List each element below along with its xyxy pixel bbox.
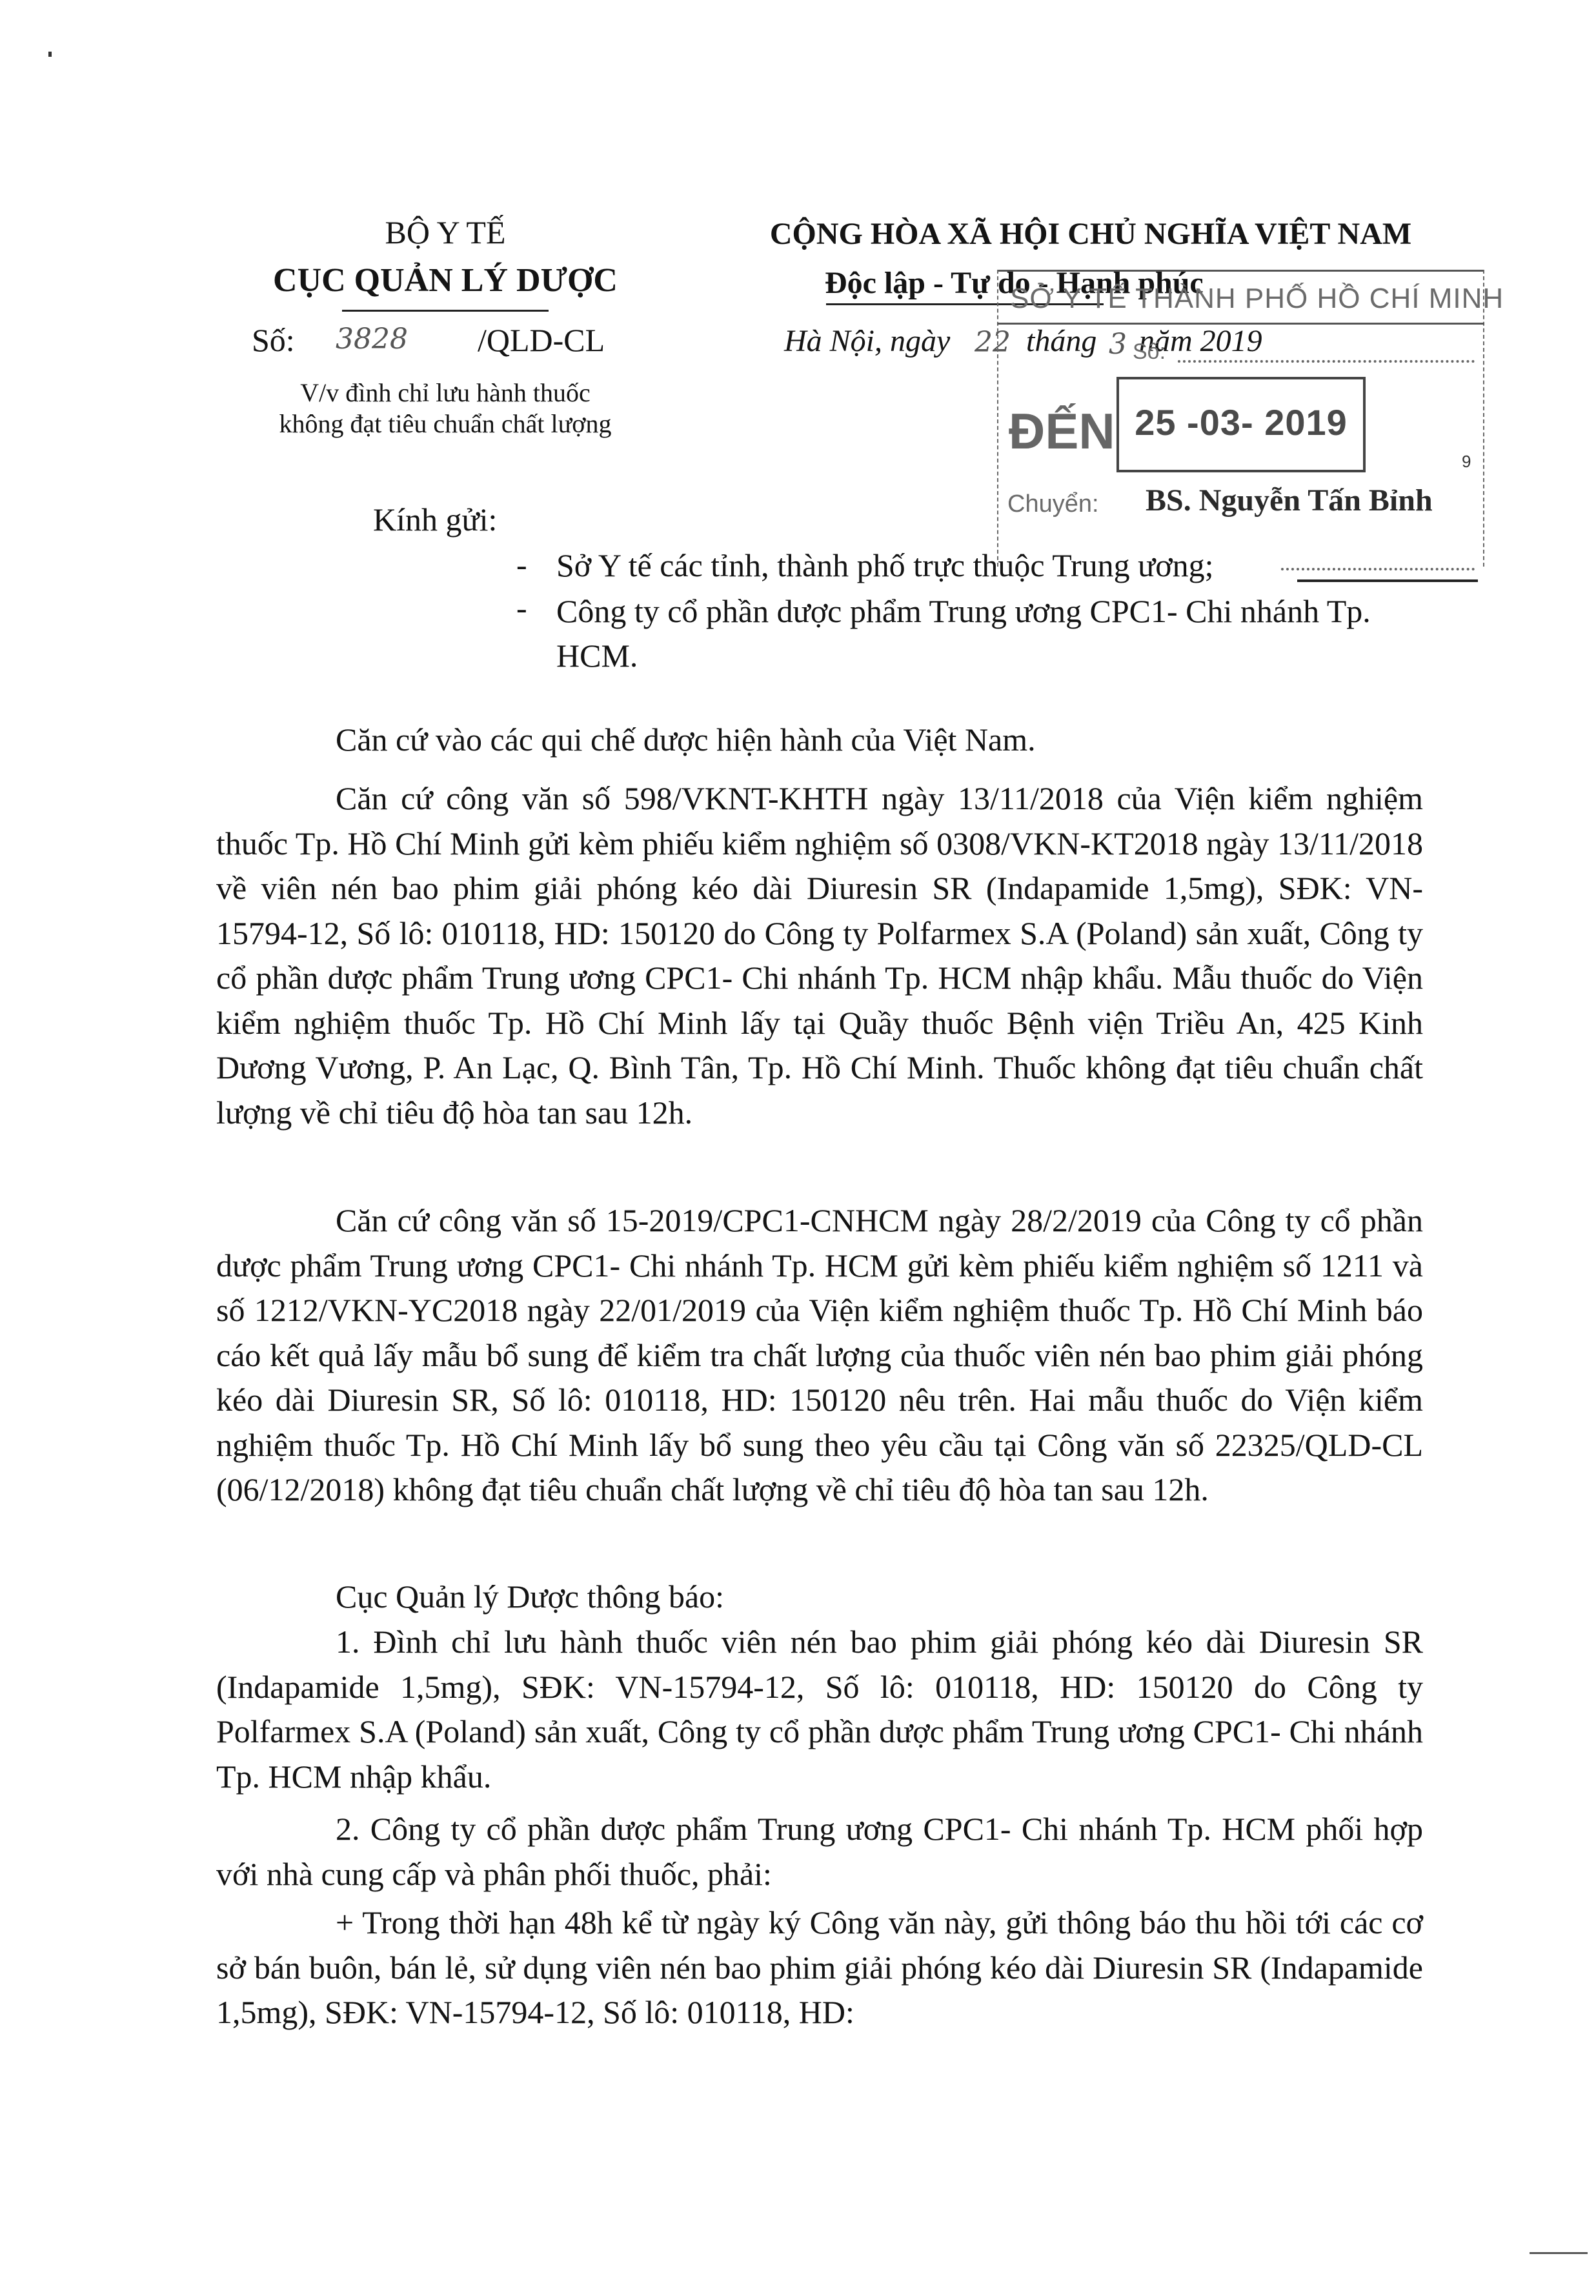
country-name: CỘNG HÒA XÃ HỘI CHỦ NGHĨA VIỆT NAM — [703, 215, 1478, 254]
stamp-overlap-line — [1297, 579, 1478, 582]
stamp-received-date: 25 -03- 2019 — [1119, 401, 1363, 443]
stamp-margin-mark: 9 — [1462, 452, 1471, 472]
department-underline — [342, 310, 549, 312]
document-number-suffix: /QLD-CL — [478, 321, 605, 359]
scan-mark — [48, 52, 52, 57]
body-paragraph-1: Căn cứ vào các qui chế dược hiện hành củ… — [216, 718, 1423, 763]
document-number-label: Số: — [252, 321, 295, 359]
subject-line-2: không đạt tiêu chuẩn chất lượng — [194, 408, 697, 439]
recipient-item-1: Sở Y tế các tỉnh, thành phố trực thuộc T… — [556, 546, 1415, 585]
recipients-label: Kính gửi: — [373, 500, 497, 539]
stamp-agency: SỞ Y TẾ THÀNH PHỐ HỒ CHÍ MINH — [1010, 281, 1504, 316]
stamp-divider — [997, 323, 1484, 325]
ministry-name: BỘ Y TẾ — [194, 213, 697, 252]
stamp-so-dotted — [1178, 360, 1475, 363]
body-paragraph-6: 2. Công ty cổ phần dược phẩm Trung ương … — [216, 1807, 1423, 1897]
recipient-item-2: Công ty cổ phần dược phẩm Trung ương CPC… — [556, 589, 1434, 678]
stamp-date-box: 25 -03- 2019 — [1116, 377, 1366, 472]
stamp-top-border — [997, 270, 1484, 272]
body-paragraph-7: + Trong thời hạn 48h kể từ ngày ký Công … — [216, 1900, 1423, 2035]
recipient-bullet-2: - — [516, 589, 527, 627]
stamp-so-label: Số: — [1133, 339, 1166, 365]
recipient-bullet-1: - — [516, 546, 527, 583]
stamp-recipient-name: BS. Nguyễn Tấn Bỉnh — [1146, 483, 1433, 519]
document-number-handwritten: 3828 — [336, 323, 408, 356]
body-paragraph-2: Căn cứ công văn số 598/VKNT-KHTH ngày 13… — [216, 776, 1423, 1135]
stamp-chuyen-label: Chuyển: — [1007, 489, 1099, 519]
incoming-stamp: SỞ Y TẾ THÀNH PHỐ HỒ CHÍ MINH Số: ĐẾN 25… — [997, 270, 1484, 567]
body-paragraph-5: 1. Đình chỉ lưu hành thuốc viên nén bao … — [216, 1620, 1423, 1799]
body-paragraph-3: Căn cứ công văn số 15-2019/CPC1-CNHCM ng… — [216, 1198, 1423, 1513]
department-name: CỤC QUẢN LÝ DƯỢC — [194, 261, 697, 300]
subject-line-1: V/v đình chỉ lưu hành thuốc — [194, 378, 697, 408]
stamp-den-label: ĐẾN — [1009, 402, 1115, 460]
scan-mark — [1530, 2252, 1588, 2254]
stamp-left-border — [997, 270, 1000, 567]
body-paragraph-4: Cục Quản lý Dược thông báo: — [216, 1575, 1423, 1620]
place-date-prefix: Hà Nội, ngày — [784, 323, 950, 360]
